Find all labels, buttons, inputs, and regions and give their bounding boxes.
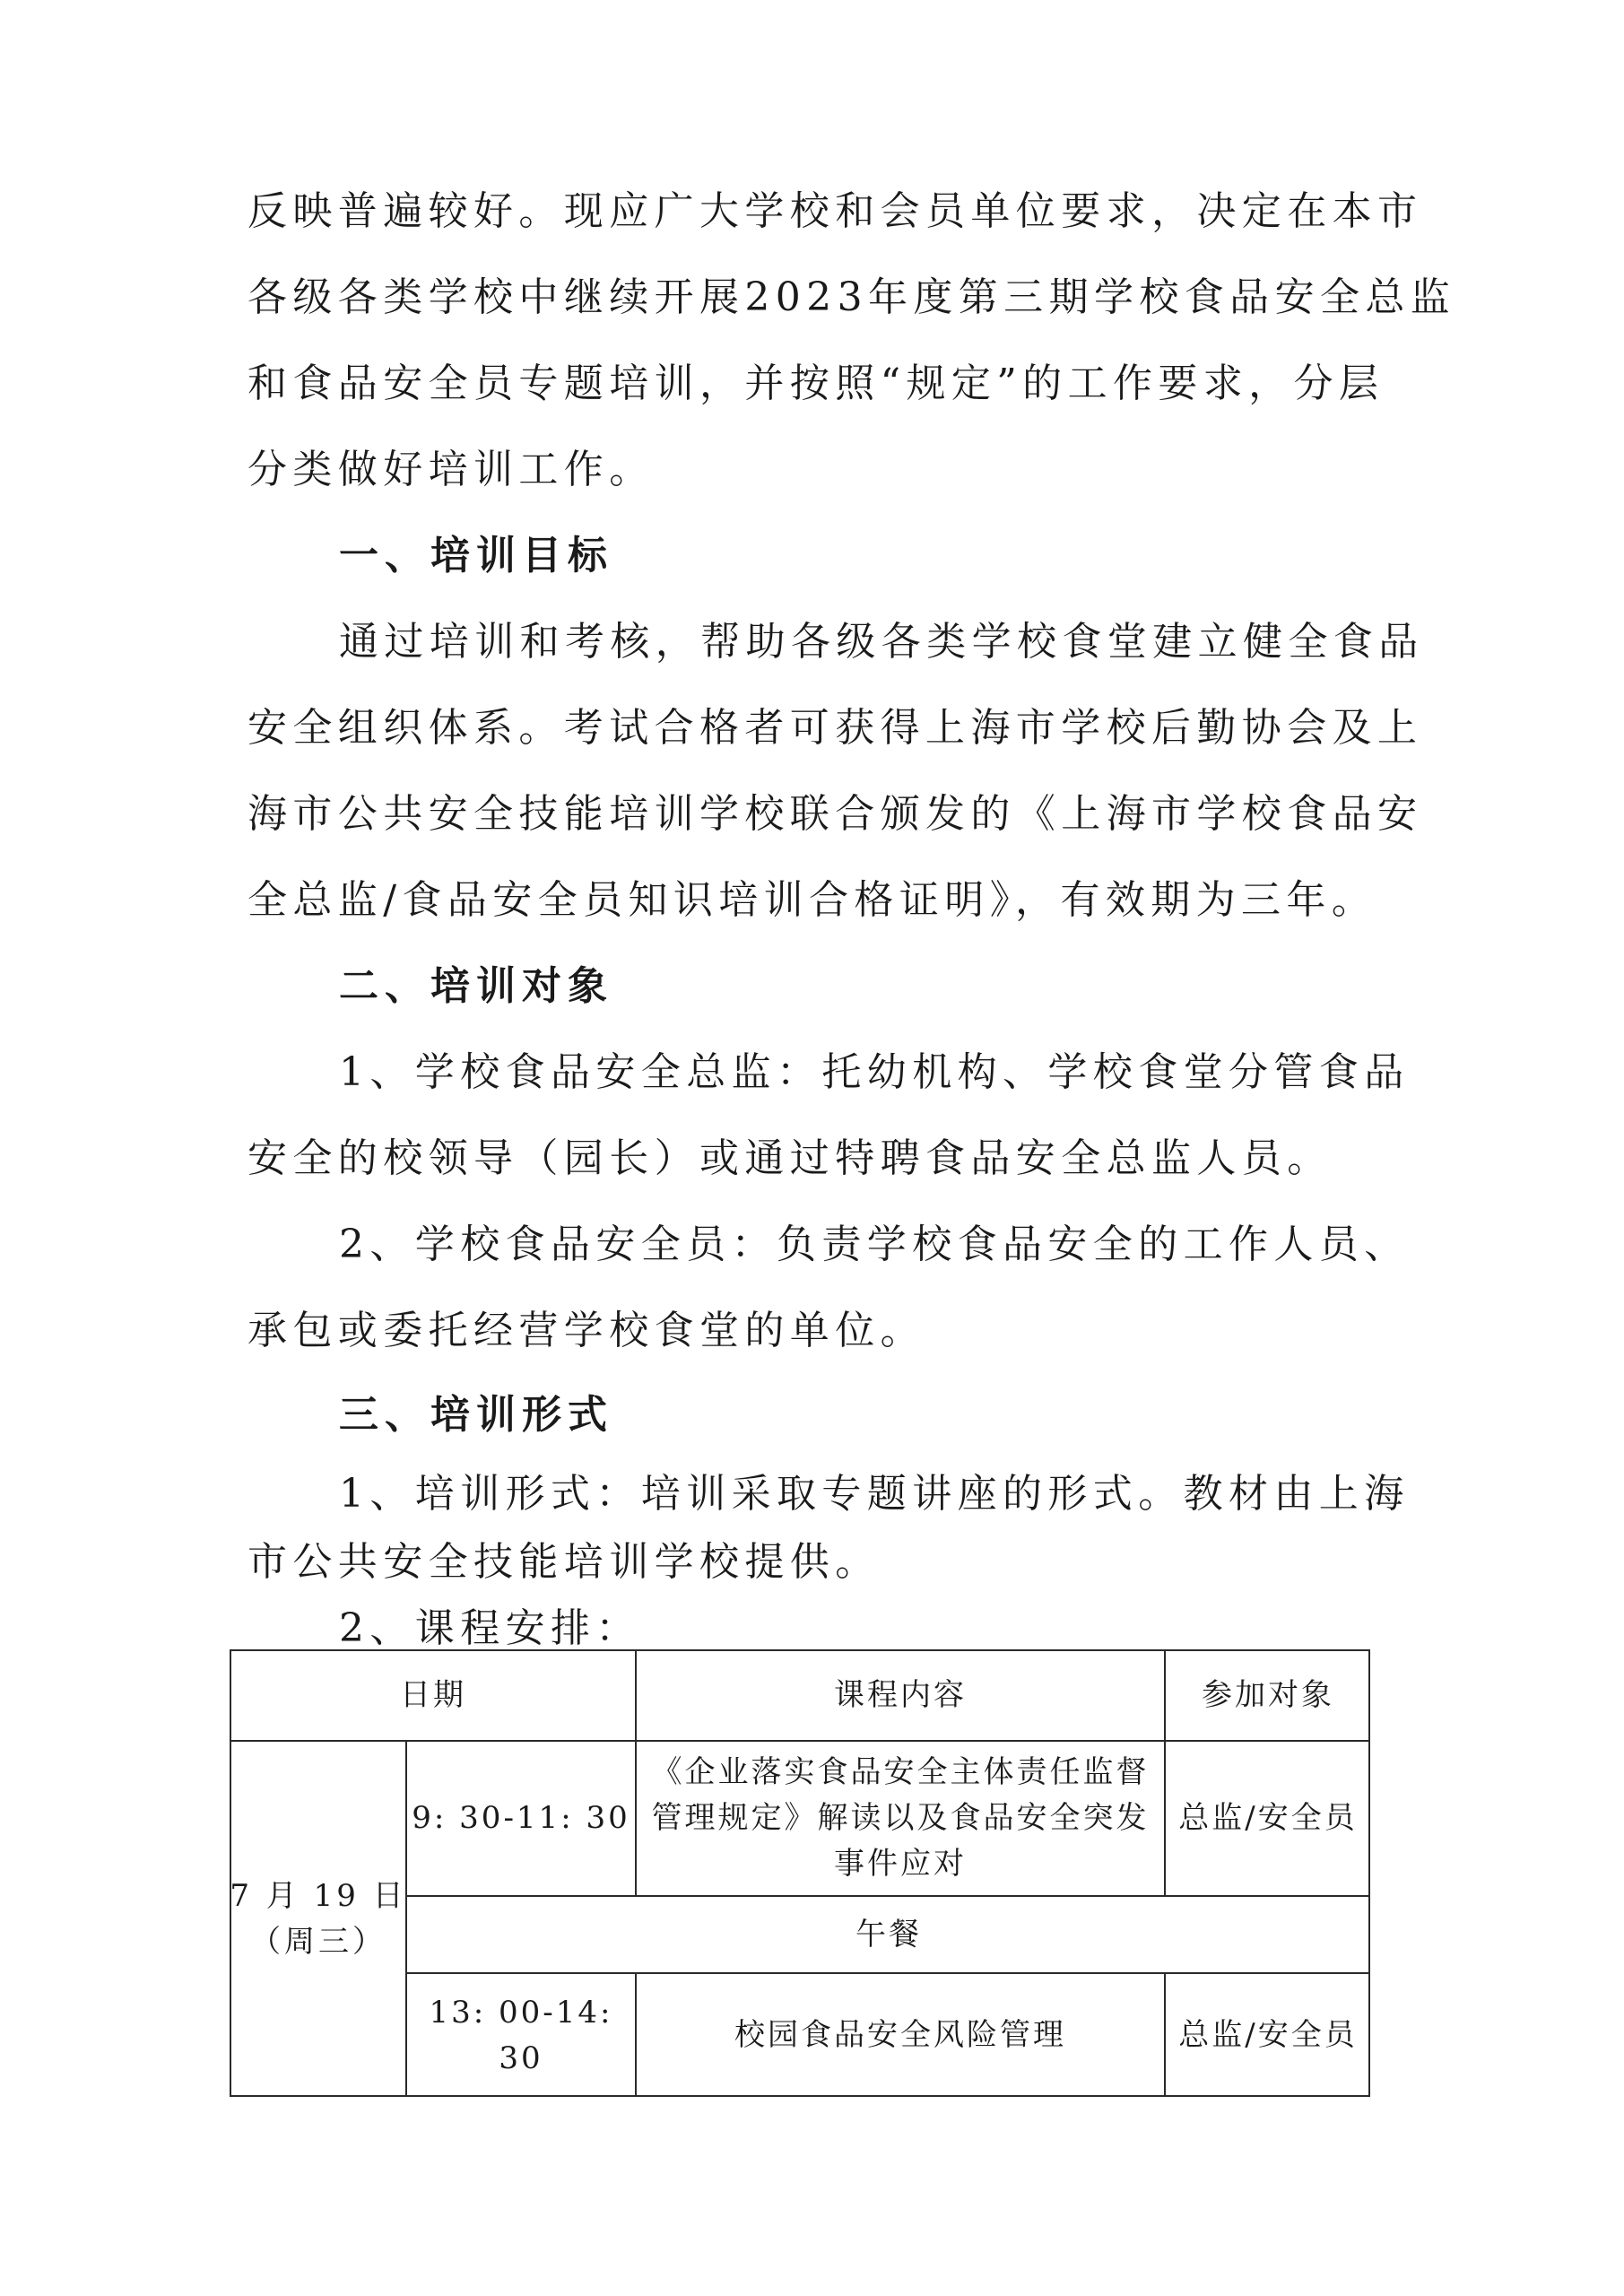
weekday-text: （周三） bbox=[250, 1919, 386, 1965]
section-2-line-1: 1、学校食品安全总监：托幼机构、学校食堂分管食品 bbox=[339, 1049, 1487, 1096]
document-page: 反映普遍较好。现应广大学校和会员单位要求，决定在本市 各级各类学校中继续开展20… bbox=[0, 0, 1624, 2296]
date-cell: 7 月 19 日 （周三） bbox=[231, 1742, 405, 2097]
header-date: 日期 bbox=[231, 1651, 635, 1740]
section-2-line-3: 2、学校食品安全员：负责学校食品安全的工作人员、 bbox=[339, 1222, 1487, 1268]
section-1-line-1: 通过培训和考核，帮助各级各类学校食堂建立健全食品 bbox=[339, 619, 1487, 665]
session-2-time: 13: 00-14: 30 bbox=[407, 1974, 635, 2097]
schedule-table: 日期 课程内容 参加对象 7 月 19 日 （周三） 9: 30-11: 30 … bbox=[230, 1649, 1370, 2097]
header-course-content: 课程内容 bbox=[637, 1651, 1164, 1740]
session-2-audience: 总监/安全员 bbox=[1166, 1974, 1370, 2097]
session-1-content-line-3: 事件应对 bbox=[834, 1841, 967, 1887]
section-heading-training-format: 三、培训形式 bbox=[339, 1392, 1487, 1439]
session-2-content: 校园食品安全风险管理 bbox=[637, 1974, 1164, 2097]
intro-line-1: 反映普遍较好。现应广大学校和会员单位要求，决定在本市 bbox=[248, 188, 1395, 235]
session-1-content: 《企业落实食品安全主体责任监督 管理规定》解读以及食品安全突发 事件应对 bbox=[637, 1742, 1164, 1895]
section-3-line-1: 1、培训形式：培训采取专题讲座的形式。教材由上海 bbox=[339, 1471, 1487, 1518]
section-heading-training-goal: 一、培训目标 bbox=[339, 533, 1487, 579]
section-1-line-3: 海市公共安全技能培训学校联合颁发的《上海市学校食品安 bbox=[248, 791, 1395, 838]
section-2-line-2: 安全的校领导（园长）或通过特聘食品安全总监人员。 bbox=[248, 1135, 1395, 1182]
header-audience: 参加对象 bbox=[1166, 1651, 1370, 1740]
session-1-audience: 总监/安全员 bbox=[1166, 1742, 1370, 1895]
date-text: 7 月 19 日 bbox=[230, 1874, 406, 1919]
section-1-line-4: 全总监/食品安全员知识培训合格证明》，有效期为三年。 bbox=[248, 877, 1395, 924]
intro-line-4: 分类做好培训工作。 bbox=[248, 447, 1395, 493]
session-1-content-line-1: 《企业落实食品安全主体责任监督 bbox=[652, 1750, 1150, 1796]
lunch-break: 午餐 bbox=[407, 1897, 1370, 1972]
section-3-line-3: 2、课程安排： bbox=[339, 1605, 1487, 1652]
section-2-line-4: 承包或委托经营学校食堂的单位。 bbox=[248, 1308, 1395, 1354]
intro-line-2: 各级各类学校中继续开展2023年度第三期学校食品安全总监 bbox=[248, 274, 1395, 321]
intro-line-3: 和食品安全员专题培训，并按照“规定”的工作要求，分层 bbox=[248, 361, 1395, 407]
section-1-line-2: 安全组织体系。考试合格者可获得上海市学校后勤协会及上 bbox=[248, 705, 1395, 752]
session-1-content-line-2: 管理规定》解读以及食品安全突发 bbox=[652, 1796, 1150, 1841]
section-heading-training-target: 二、培训对象 bbox=[339, 963, 1487, 1010]
section-3-line-2: 市公共安全技能培训学校提供。 bbox=[248, 1539, 1395, 1586]
session-1-time: 9: 30-11: 30 bbox=[407, 1742, 635, 1895]
